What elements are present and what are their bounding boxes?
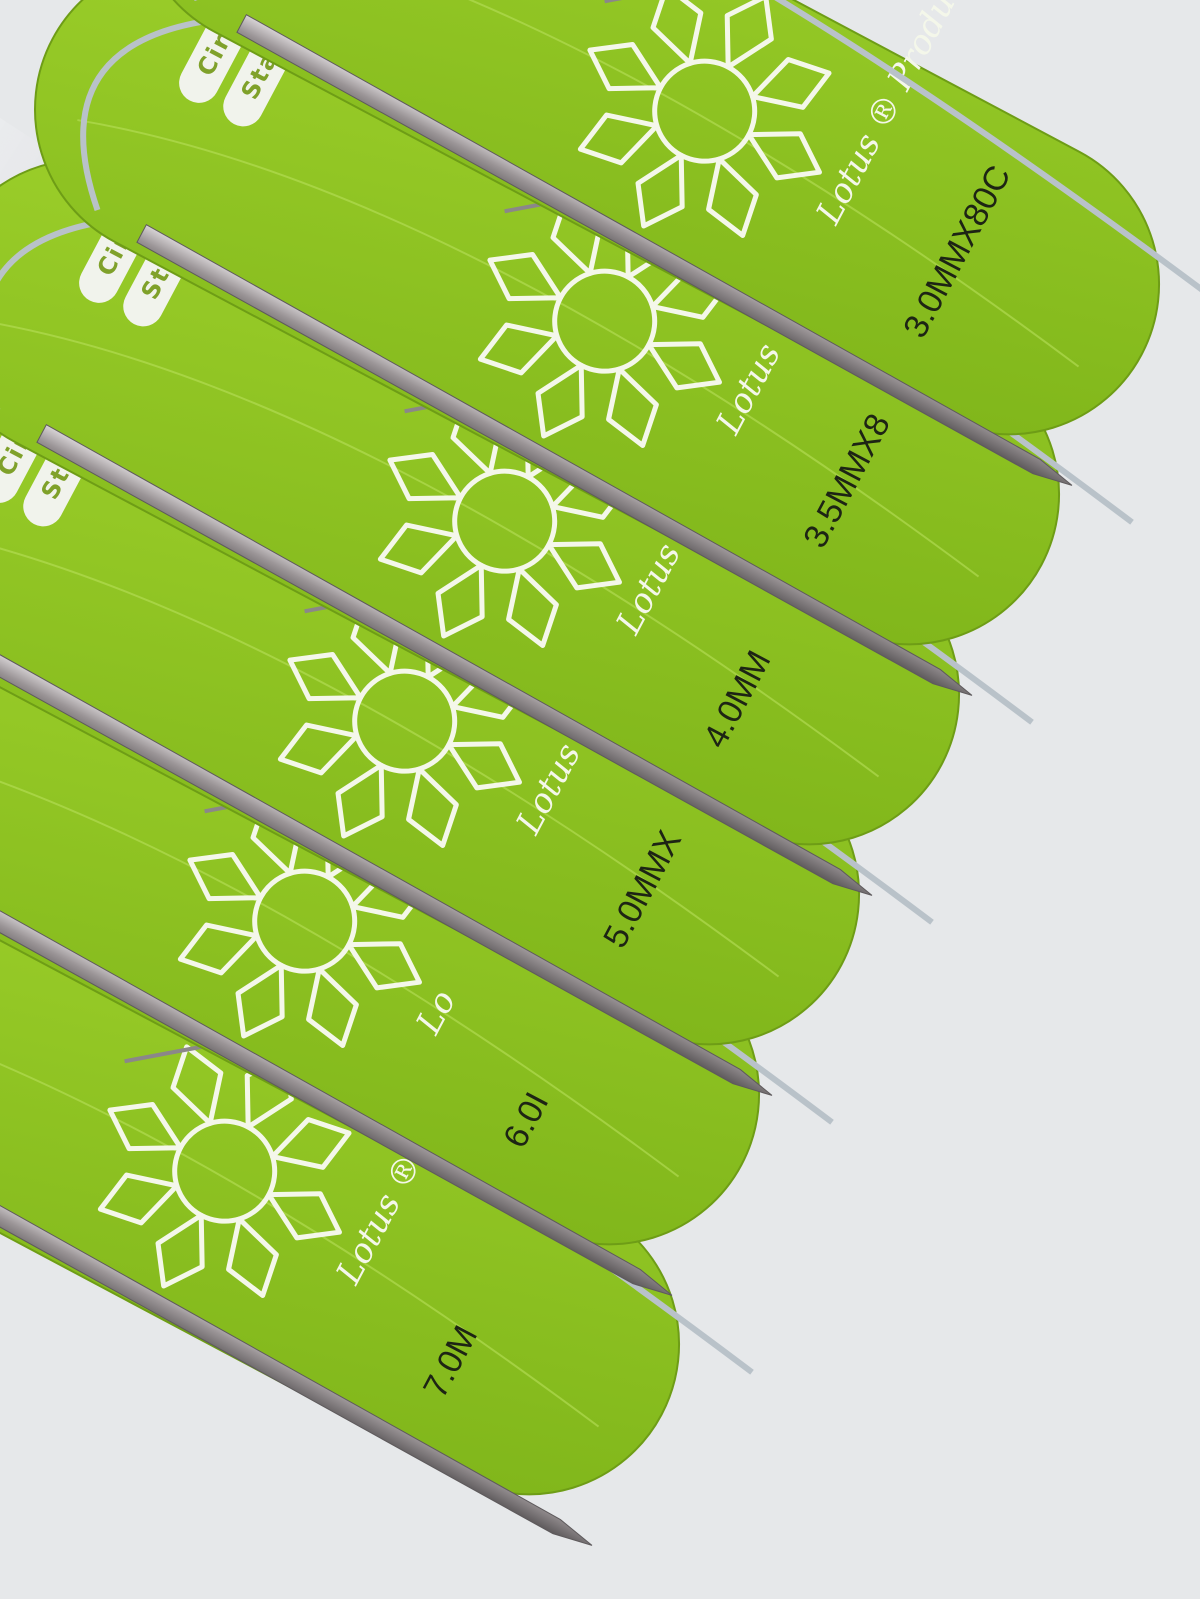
knitting-needle-packages-photo: Circular KnittingStainlLotus ®7.0MCircul… [0, 0, 1200, 1599]
